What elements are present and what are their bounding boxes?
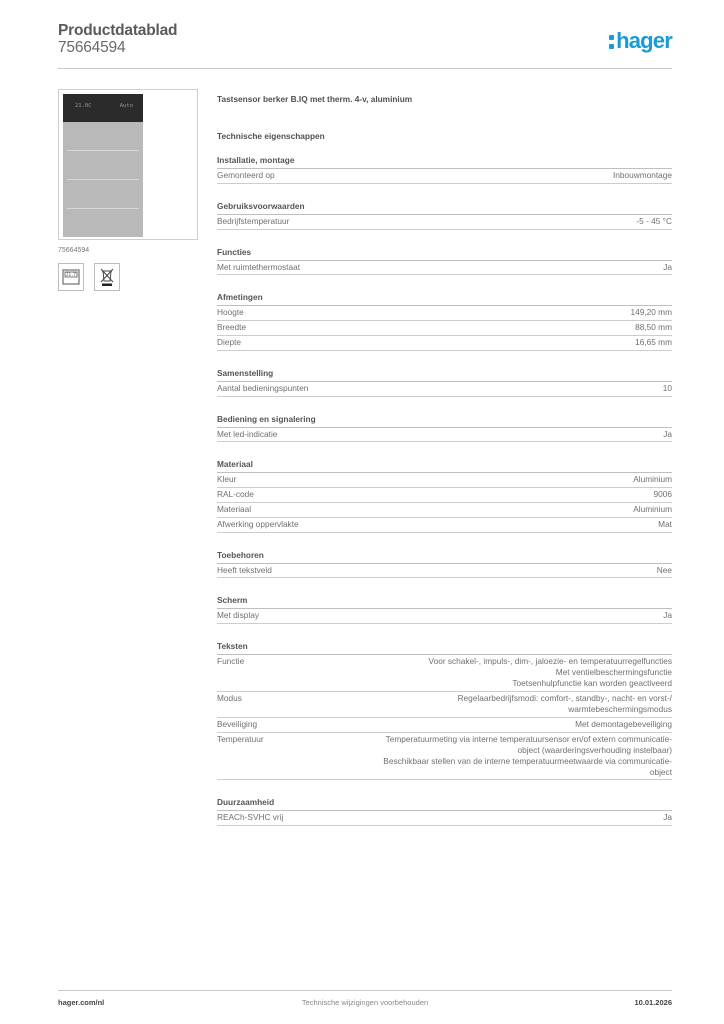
spec-group: Bediening en signaleringMet led-indicati…	[217, 414, 672, 443]
document-number: 75664594	[58, 39, 672, 56]
spec-value: Aluminium	[633, 504, 672, 515]
spec-value: Ja	[663, 812, 672, 823]
spec-label: Beveiliging	[217, 719, 257, 730]
spec-label: Bedrijfstemperatuur	[217, 216, 289, 227]
spec-row: ModusRegelaarbedrijfsmodi: comfort-, sta…	[217, 692, 672, 718]
button-divider	[67, 179, 139, 180]
certification-icons: 21.7	[58, 263, 198, 291]
spec-row: FunctieVoor schakel-, impuls-, dim-, jal…	[217, 655, 672, 692]
logo-text: hager	[616, 28, 672, 53]
section-title: Technische eigenschappen	[217, 131, 672, 142]
display-text-right: Auto	[120, 103, 133, 109]
spec-label: Met ruimtethermostaat	[217, 262, 300, 273]
display-thermostat-icon: 21.7	[58, 263, 84, 291]
spec-row: TemperatuurTemperatuurmeting via interne…	[217, 733, 672, 781]
spec-group: SchermMet displayJa	[217, 595, 672, 624]
spec-group-title: Gebruiksvoorwaarden	[217, 201, 672, 215]
spec-group: FunctiesMet ruimtethermostaatJa	[217, 247, 672, 276]
spec-group: ToebehorenHeeft tekstveldNee	[217, 550, 672, 579]
spec-value: Inbouwmontage	[613, 170, 672, 181]
spec-row: Gemonteerd opInbouwmontage	[217, 169, 672, 184]
spec-label: Gemonteerd op	[217, 170, 275, 181]
spec-group: MateriaalKleurAluminiumRAL-code9006Mater…	[217, 459, 672, 532]
page-header: Productdatablad 75664594 hager	[58, 22, 672, 68]
spec-label: Hoogte	[217, 307, 244, 318]
spec-value: 10	[663, 383, 672, 394]
footer-divider	[58, 990, 672, 991]
spec-value: Mat	[658, 519, 672, 530]
spec-value: Met demontagebeveiliging	[575, 719, 672, 730]
spec-group-title: Installatie, montage	[217, 155, 672, 169]
device-display: 21.0C Auto	[63, 94, 143, 122]
spec-label: RAL-code	[217, 489, 254, 500]
spec-value: 16,65 mm	[635, 337, 672, 348]
spec-row: Met ruimtethermostaatJa	[217, 261, 672, 276]
spec-group: GebruiksvoorwaardenBedrijfstemperatuur-5…	[217, 201, 672, 230]
spec-group-title: Teksten	[217, 641, 672, 655]
spec-value: 9006	[654, 489, 672, 500]
spec-group-title: Samenstelling	[217, 368, 672, 382]
spec-value: Aluminium	[633, 474, 672, 485]
product-name: Tastsensor berker B.IQ met therm. 4-v, a…	[217, 94, 672, 105]
spec-group-title: Duurzaamheid	[217, 797, 672, 811]
image-caption: 75664594	[58, 247, 198, 254]
spec-label: Aantal bedieningspunten	[217, 383, 308, 394]
spec-label: REACh-SVHC vrij	[217, 812, 283, 823]
button-divider	[67, 150, 139, 151]
spec-row: Heeft tekstveldNee	[217, 564, 672, 579]
spec-row: Bedrijfstemperatuur-5 - 45 °C	[217, 215, 672, 230]
spec-row: MateriaalAluminium	[217, 503, 672, 518]
spec-row: Hoogte149,20 mm	[217, 306, 672, 321]
spec-value: Ja	[663, 610, 672, 621]
spec-label: Temperatuur	[217, 734, 264, 745]
spec-group: SamenstellingAantal bedieningspunten10	[217, 368, 672, 397]
spec-value: Ja	[663, 262, 672, 273]
spec-value: -5 - 45 °C	[636, 216, 672, 227]
spec-value: Regelaarbedrijfsmodi: comfort-, standby-…	[458, 693, 672, 715]
spec-groups: Installatie, montageGemonteerd opInbouwm…	[217, 155, 672, 826]
display-text-left: 21.0C	[75, 103, 92, 109]
footer-disclaimer: Technische wijzigingen voorbehouden	[58, 998, 672, 1007]
spec-row: Breedte88,50 mm	[217, 321, 672, 336]
spec-value: 149,20 mm	[630, 307, 672, 318]
spec-row: Met displayJa	[217, 609, 672, 624]
weee-crossed-bin-icon	[94, 263, 120, 291]
spec-value: Nee	[657, 565, 672, 576]
spec-label: Materiaal	[217, 504, 251, 515]
hager-logo: hager	[609, 28, 672, 54]
spec-value: 88,50 mm	[635, 322, 672, 333]
svg-text:21.7: 21.7	[66, 272, 76, 277]
header-divider	[58, 68, 672, 69]
spec-group-title: Bediening en signalering	[217, 414, 672, 428]
spec-row: Aantal bedieningspunten10	[217, 382, 672, 397]
footer-date: 10.01.2026	[634, 998, 672, 1007]
spec-group: Installatie, montageGemonteerd opInbouwm…	[217, 155, 672, 184]
product-image: 21.0C Auto	[58, 89, 198, 240]
spec-label: Met display	[217, 610, 259, 621]
spec-group-title: Afmetingen	[217, 292, 672, 306]
spec-row: REACh-SVHC vrijJa	[217, 811, 672, 826]
logo-dots-icon	[609, 35, 614, 49]
document-title: Productdatablad	[58, 22, 672, 39]
spec-label: Modus	[217, 693, 242, 704]
spec-group-title: Materiaal	[217, 459, 672, 473]
product-media: 21.0C Auto 75664594 21.7	[58, 89, 198, 291]
product-specs: Tastsensor berker B.IQ met therm. 4-v, a…	[217, 94, 672, 826]
spec-row: BeveiligingMet demontagebeveiliging	[217, 718, 672, 733]
spec-row: KleurAluminium	[217, 473, 672, 488]
spec-group-title: Toebehoren	[217, 550, 672, 564]
spec-value: Voor schakel-, impuls-, dim-, jaloezie- …	[429, 656, 672, 689]
spec-row: RAL-code9006	[217, 488, 672, 503]
spec-value: Temperatuurmeting via interne temperatuu…	[383, 734, 672, 778]
spec-label: Met led-indicatie	[217, 429, 277, 440]
spec-row: Diepte16,65 mm	[217, 336, 672, 351]
spec-label: Heeft tekstveld	[217, 565, 272, 576]
spec-label: Afwerking oppervlakte	[217, 519, 299, 530]
spec-label: Breedte	[217, 322, 246, 333]
spec-value: Ja	[663, 429, 672, 440]
spec-group: DuurzaamheidREACh-SVHC vrijJa	[217, 797, 672, 826]
button-divider	[67, 208, 139, 209]
spec-label: Diepte	[217, 337, 241, 348]
touch-sensor-device: 21.0C Auto	[63, 94, 143, 237]
spec-label: Functie	[217, 656, 244, 667]
spec-label: Kleur	[217, 474, 236, 485]
spec-group-title: Functies	[217, 247, 672, 261]
spec-row: Met led-indicatieJa	[217, 428, 672, 443]
spec-group: TekstenFunctieVoor schakel-, impuls-, di…	[217, 641, 672, 780]
spec-row: Afwerking oppervlakteMat	[217, 518, 672, 533]
spec-group: AfmetingenHoogte149,20 mmBreedte88,50 mm…	[217, 292, 672, 350]
spec-group-title: Scherm	[217, 595, 672, 609]
